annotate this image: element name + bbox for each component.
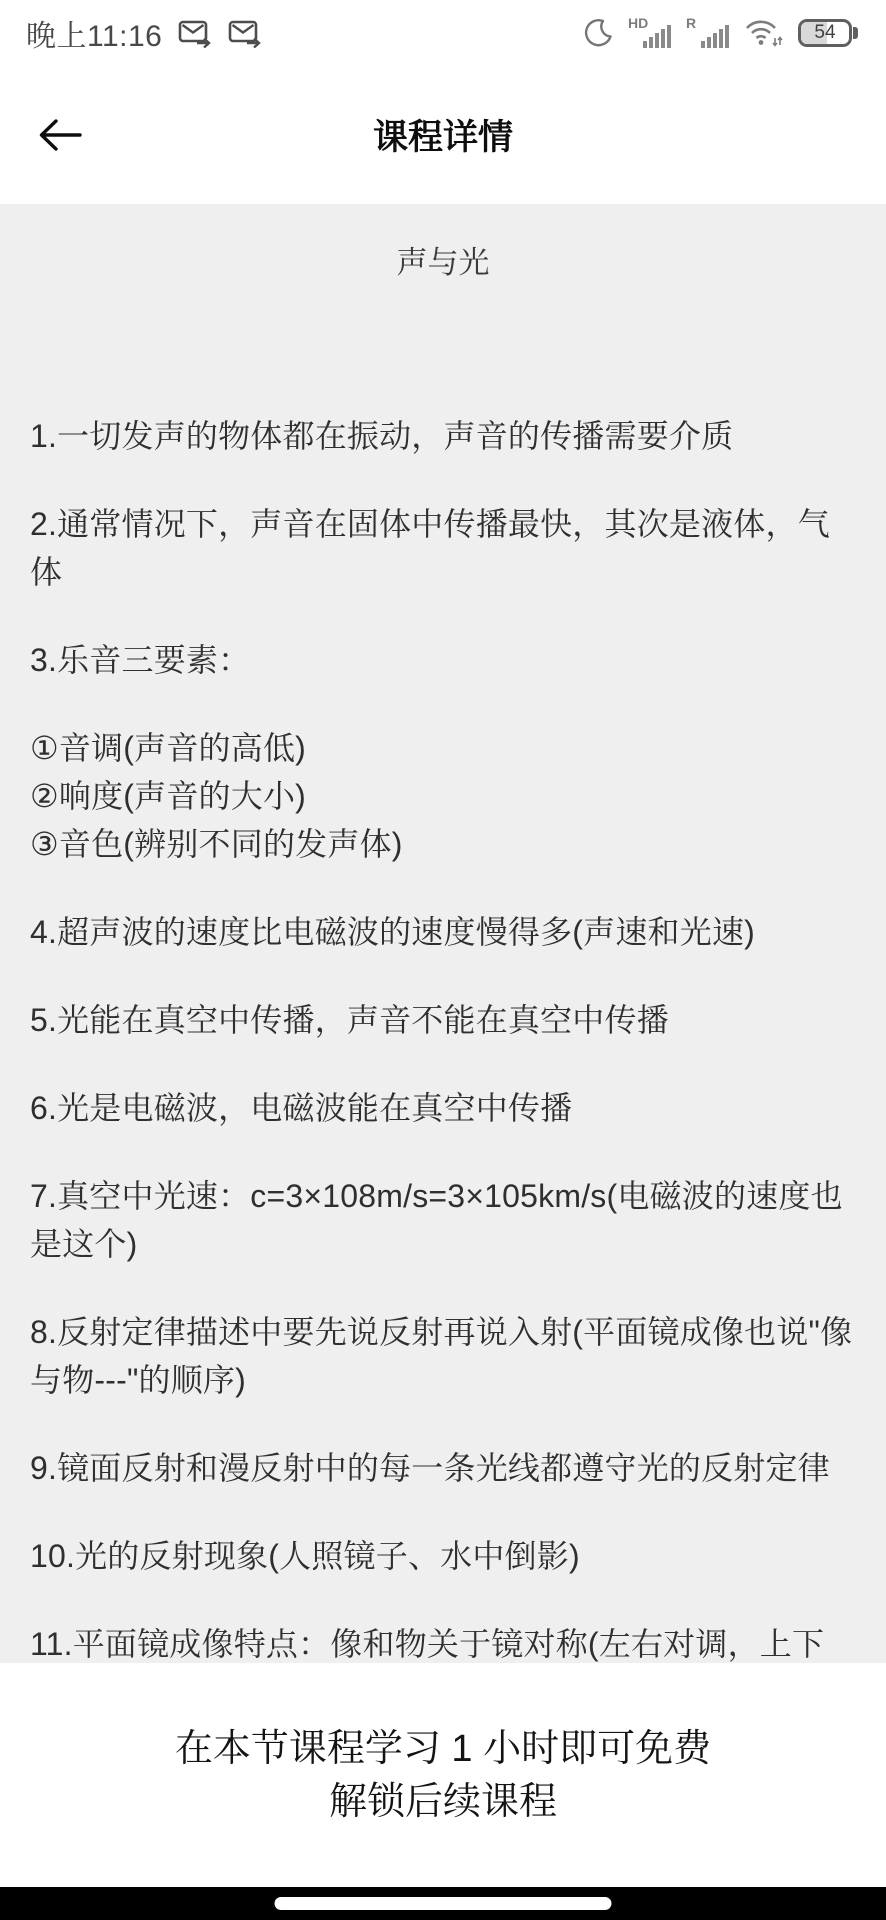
course-notes-panel: 声与光 1.一切发声的物体都在振动，声音的传播需要介质 2.通常情况下，声音在固… bbox=[0, 204, 886, 1663]
promo-text-line2: 解锁后续课程 bbox=[329, 1783, 557, 1821]
message-sent-icon bbox=[178, 18, 212, 48]
note-item: ①音调(声音的高低) bbox=[30, 724, 856, 772]
note-item: 7.真空中光速：c=3×108m/s=3×105km/s(电磁波的速度也是这个) bbox=[30, 1172, 856, 1268]
message-sent-icon bbox=[228, 18, 262, 48]
battery-body: 54 bbox=[798, 19, 852, 47]
system-nav-bar bbox=[0, 1887, 886, 1920]
wifi-icon bbox=[744, 18, 784, 48]
note-item: 2.通常情况下，声音在固体中传播最快，其次是液体，气体 bbox=[30, 500, 856, 596]
note-item: 10.光的反射现象(人照镜子、水中倒影) bbox=[30, 1532, 856, 1580]
status-bar: 晚上11:16 bbox=[0, 0, 886, 66]
note-item: 9.镜面反射和漫反射中的每一条光线都遵守光的反射定律 bbox=[30, 1444, 856, 1492]
note-item: 3.乐音三要素： bbox=[30, 636, 856, 684]
battery-percent-text: 54 bbox=[801, 22, 849, 44]
note-item: 8.反射定律描述中要先说反射再说入射(平面镜成像也说"像与物---"的顺序) bbox=[30, 1308, 856, 1404]
page-title: 课程详情 bbox=[0, 110, 886, 160]
note-item: ②响度(声音的大小) bbox=[30, 772, 856, 820]
notes-list: 1.一切发声的物体都在振动，声音的传播需要介质 2.通常情况下，声音在固体中传播… bbox=[30, 412, 856, 1663]
home-indicator-handle[interactable] bbox=[275, 1897, 612, 1910]
note-item: 1.一切发声的物体都在振动，声音的传播需要介质 bbox=[30, 412, 856, 460]
roaming-label: R bbox=[686, 15, 696, 31]
do-not-disturb-moon-icon bbox=[584, 18, 614, 48]
battery-indicator: 54 bbox=[798, 18, 860, 48]
note-item: 4.超声波的速度比电磁波的速度慢得多(声速和光速) bbox=[30, 908, 856, 956]
battery-cap bbox=[853, 27, 858, 39]
app-header: 课程详情 bbox=[0, 66, 886, 204]
note-item: 6.光是电磁波，电磁波能在真空中传播 bbox=[30, 1084, 856, 1132]
lesson-title: 声与光 bbox=[30, 204, 856, 278]
promo-text-line1: 在本节课程学习 1 小时即可免费 bbox=[175, 1730, 711, 1768]
note-item: ③音色(辨别不同的发声体) bbox=[30, 820, 856, 868]
note-item: 5.光能在真空中传播，声音不能在真空中传播 bbox=[30, 996, 856, 1044]
note-item: 11.平面镜成像特点：像和物关于镜对称(左右对调，上下一致) bbox=[30, 1620, 856, 1663]
signal-bars-sim2-icon: R bbox=[686, 16, 730, 50]
clock: 晚上11:16 bbox=[26, 11, 162, 55]
unlock-promo-banner: 在本节课程学习 1 小时即可免费 解锁后续课程 bbox=[0, 1663, 886, 1887]
signal-bars-sim1-icon: HD bbox=[628, 16, 672, 50]
phone-screen: 晚上11:16 bbox=[0, 0, 886, 1920]
